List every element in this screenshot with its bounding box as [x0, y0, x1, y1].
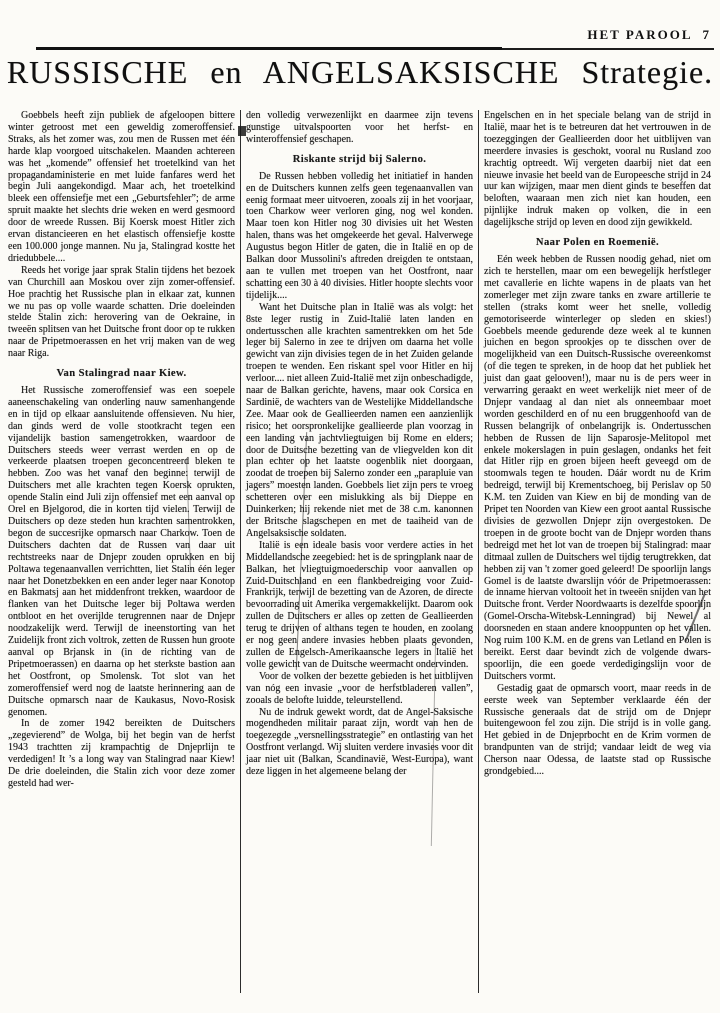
paragraph: In de zomer 1942 bereikten de Duitschers… [8, 718, 235, 789]
paragraph: Nu de indruk gewekt wordt, dat de Angel-… [246, 707, 473, 778]
column-divider [478, 110, 479, 993]
subheading-polen-roemenie: Naar Polen en Roemenië. [486, 237, 709, 249]
paragraph: Italië is een ideale basis voor verdere … [246, 540, 473, 671]
column-center: den volledig verwezenlijkt en daarmee zi… [246, 110, 473, 993]
paragraph: Eén week hebben de Russen noodig gehad, … [484, 254, 711, 683]
article-columns: Goebbels heeft zijn publiek de afgeloope… [8, 110, 712, 993]
paragraph: Het Russische zomeroffensief was een soe… [8, 385, 235, 718]
subheading-stalingrad-kiew: Van Stalingrad naar Kiew. [10, 368, 233, 380]
subheading-salerno: Riskante strijd bij Salerno. [248, 154, 471, 166]
masthead-title: HET PAROOL [587, 27, 692, 42]
page-number: 7 [703, 27, 712, 42]
paragraph: De Russen hebben volledig het initiatief… [246, 171, 473, 302]
column-divider [240, 110, 241, 993]
paragraph: Gestadig gaat de opmarsch voort, maar re… [484, 683, 711, 778]
masthead: HET PAROOL7 [587, 27, 711, 43]
article-headline: RUSSISCHE en ANGELSAKSISCHE Strategie. [0, 54, 720, 91]
column-right: Engelschen en in het speciale belang van… [484, 110, 711, 993]
paragraph-continuation: den volledig verwezenlijkt en daarmee zi… [246, 110, 473, 146]
newspaper-page: HET PAROOL7 RUSSISCHE en ANGELSAKSISCHE … [0, 0, 720, 1013]
paragraph: Goebbels heeft zijn publiek de afgeloope… [8, 110, 235, 265]
paragraph-continuation: Engelschen en in het speciale belang van… [484, 110, 711, 229]
paragraph: Want het Duitsche plan in Italië was als… [246, 302, 473, 540]
paragraph: Voor de volken der bezette gebieden is h… [246, 671, 473, 707]
header-rule-thin [502, 48, 714, 50]
paragraph: Reeds het vorige jaar sprak Stalin tijde… [8, 265, 235, 360]
header-rule-thick [36, 47, 502, 50]
column-left: Goebbels heeft zijn publiek de afgeloope… [8, 110, 235, 993]
